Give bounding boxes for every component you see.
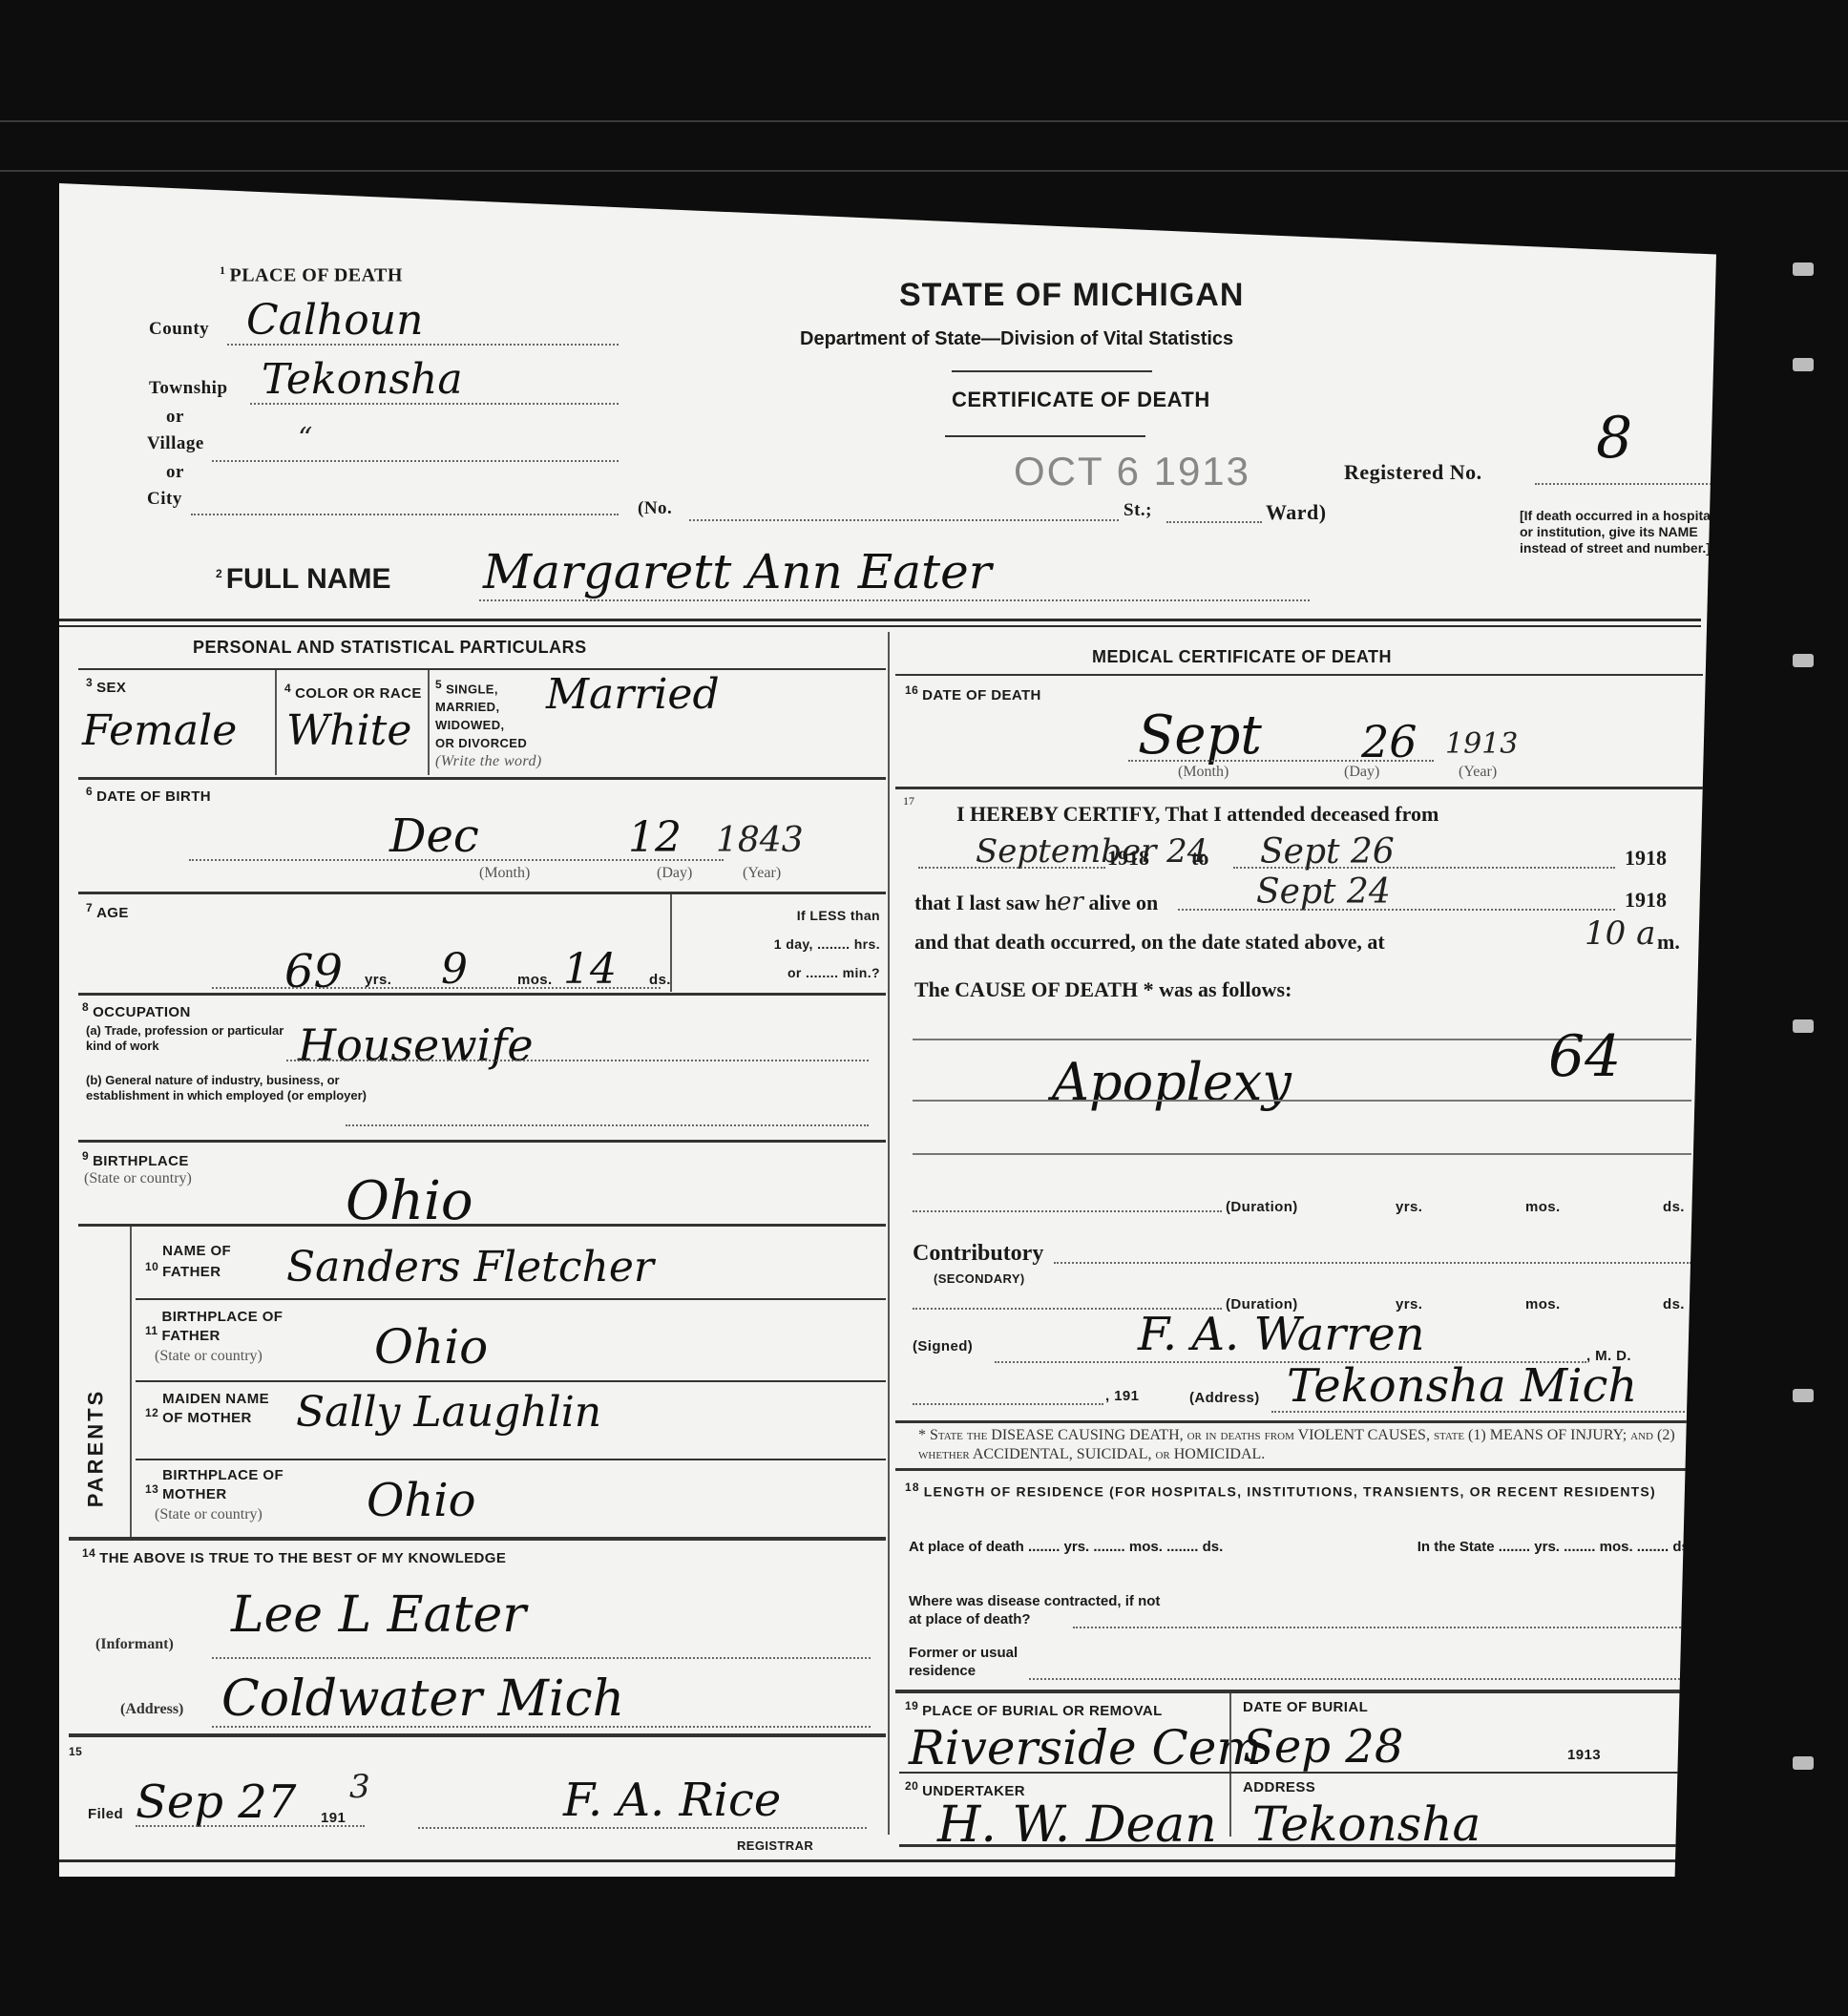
occupation-b-label: (b) General nature of industry, business… bbox=[86, 1073, 391, 1103]
cause-of-death-value: Apoplexy bbox=[1052, 1052, 1291, 1112]
department-subtitle: Department of State—Division of Vital St… bbox=[800, 328, 1233, 350]
dob-label: 6DATE OF BIRTH bbox=[86, 785, 211, 805]
film-sprocket bbox=[1793, 654, 1814, 667]
residence-heading: 18LENGTH OF RESIDENCE (FOR HOSPITALS, IN… bbox=[905, 1478, 1688, 1501]
burial-date-value: Sep 28 bbox=[1243, 1720, 1403, 1774]
village-label: Village bbox=[147, 433, 204, 454]
informant-heading: 14THE ABOVE IS TRUE TO THE BEST OF MY KN… bbox=[82, 1546, 506, 1566]
registered-no-value: 8 bbox=[1596, 405, 1632, 472]
film-sprocket bbox=[1793, 262, 1814, 276]
dob-day: 12 bbox=[628, 813, 682, 862]
filed-year-suffix: 3 bbox=[349, 1768, 370, 1806]
burial-place-value: Riverside Cem bbox=[909, 1720, 1262, 1775]
physician-signature: F. A. Warren bbox=[1138, 1308, 1425, 1361]
dod-year: 1913 bbox=[1445, 727, 1518, 761]
filed-label: Filed bbox=[88, 1806, 123, 1822]
mother-birthplace-label: 13BIRTHPLACE OF MOTHER bbox=[145, 1466, 286, 1504]
ward-label: Ward) bbox=[1266, 500, 1327, 525]
state-title: STATE OF MICHIGAN bbox=[899, 277, 1244, 314]
registrar-signature: F. A. Rice bbox=[563, 1774, 781, 1827]
burial-date-label: DATE OF BURIAL bbox=[1243, 1699, 1368, 1715]
certify-statement: I HEREBY CERTIFY, That I attended deceas… bbox=[956, 802, 1438, 827]
informant-address-value: Coldwater Mich bbox=[221, 1670, 624, 1728]
dob-year: 1843 bbox=[716, 821, 804, 860]
full-name-label: 2FULL NAME bbox=[216, 563, 390, 596]
film-scratch bbox=[0, 170, 1848, 172]
informant-value: Lee L Eater bbox=[231, 1586, 526, 1644]
disease-contracted-label: Where was disease contracted, if not at … bbox=[909, 1592, 1176, 1628]
film-scratch bbox=[0, 120, 1848, 122]
death-certificate: 1PLACE OF DEATH County Calhoun Township … bbox=[59, 183, 1716, 1877]
medical-section-title: MEDICAL CERTIFICATE OF DEATH bbox=[1092, 647, 1392, 667]
attended-from-date: September 24 bbox=[976, 832, 1207, 871]
certificate-title: CERTIFICATE OF DEATH bbox=[952, 388, 1210, 412]
marital-status-label: 5SINGLE, MARRIED, WIDOWED, OR DIVORCED (… bbox=[435, 676, 542, 770]
father-birthplace-label: 11BIRTHPLACE OF FATHER bbox=[145, 1308, 286, 1346]
hospital-note: [If death occurred in a hospital or inst… bbox=[1520, 508, 1730, 556]
burial-year: 1913 bbox=[1567, 1747, 1601, 1763]
sex-value: Female bbox=[82, 706, 237, 755]
cause-footnote: * State the DISEASE CAUSING DEATH, or in… bbox=[918, 1426, 1682, 1464]
signed-label: (Signed) bbox=[913, 1338, 973, 1354]
less-than-day-note: If LESS than 1 day, ........ hrs. or ...… bbox=[689, 901, 880, 987]
mother-name-value: Sally Laughlin bbox=[296, 1388, 601, 1437]
occupation-value: Housewife bbox=[298, 1019, 534, 1071]
dod-label: 16DATE OF DEATH bbox=[905, 683, 1041, 703]
occupation-a-label: (a) Trade, profession or particular kind… bbox=[86, 1023, 305, 1054]
received-date-stamp: OCT 6 1913 bbox=[1014, 449, 1250, 494]
cause-annotation: 64 bbox=[1548, 1023, 1621, 1090]
or-label: or bbox=[166, 462, 184, 483]
county-label: County bbox=[149, 319, 209, 340]
street-no-label: (No. bbox=[638, 498, 672, 519]
burial-place-label: 19PLACE OF BURIAL OR REMOVAL bbox=[905, 1699, 1163, 1719]
full-name-value: Margarett Ann Eater bbox=[483, 544, 992, 599]
film-sprocket bbox=[1793, 1389, 1814, 1402]
attended-to-date: Sept 26 bbox=[1260, 832, 1395, 871]
column-divider bbox=[888, 632, 890, 1835]
registrar-label: REGISTRAR bbox=[737, 1838, 813, 1853]
personal-section-title: PERSONAL AND STATISTICAL PARTICULARS bbox=[193, 638, 587, 658]
township-value: Tekonsha bbox=[262, 355, 463, 404]
death-time-statement: and that death occurred, on the date sta… bbox=[914, 930, 1385, 955]
undertaker-address-label: ADDRESS bbox=[1243, 1779, 1315, 1795]
county-value: Calhoun bbox=[246, 296, 423, 345]
dob-month: Dec bbox=[389, 809, 479, 863]
or-label: or bbox=[166, 407, 184, 428]
sex-label: 3SEX bbox=[86, 676, 126, 696]
race-label: 4COLOR OR RACE bbox=[284, 682, 422, 702]
place-of-death-heading: 1PLACE OF DEATH bbox=[220, 263, 403, 287]
father-birthplace-value: Ohio bbox=[374, 1319, 488, 1375]
marital-status-value: Married bbox=[546, 670, 720, 719]
st-label: St.; bbox=[1123, 500, 1152, 521]
film-sprocket bbox=[1793, 358, 1814, 371]
film-sprocket bbox=[1793, 1756, 1814, 1770]
parents-side-label: PARENTS bbox=[83, 1389, 108, 1508]
death-time-value: 10 a bbox=[1585, 914, 1655, 953]
registered-no-label: Registered No. bbox=[1344, 460, 1482, 485]
film-sprocket bbox=[1793, 1019, 1814, 1033]
mother-name-label: 12MAIDEN NAME OF MOTHER bbox=[145, 1390, 286, 1428]
cause-of-death-label: The CAUSE OF DEATH * was as follows: bbox=[914, 977, 1291, 1002]
village-value: “ bbox=[298, 422, 312, 455]
mother-birthplace-value: Ohio bbox=[367, 1474, 476, 1527]
dod-month: Sept bbox=[1138, 704, 1262, 766]
city-label: City bbox=[147, 489, 182, 510]
race-value: White bbox=[286, 706, 411, 755]
filed-date: Sep 27 bbox=[136, 1775, 296, 1829]
last-saw-statement: that I last saw her alive on bbox=[914, 888, 1158, 916]
father-name-value: Sanders Fletcher bbox=[286, 1243, 654, 1291]
former-residence-label: Former or usual residence bbox=[909, 1644, 1071, 1680]
age-label: 7AGE bbox=[86, 901, 129, 921]
age-years: 69 bbox=[284, 945, 343, 998]
birthplace-label: 9BIRTHPLACE bbox=[82, 1149, 189, 1169]
father-name-label: 10NAME OF FATHER bbox=[145, 1241, 267, 1283]
contributory-label: Contributory bbox=[913, 1241, 1043, 1267]
township-label: Township bbox=[149, 378, 228, 399]
last-saw-date: Sept 24 bbox=[1256, 872, 1391, 912]
physician-address: Tekonsha Mich bbox=[1287, 1359, 1637, 1413]
occupation-label: 8OCCUPATION bbox=[82, 1000, 191, 1020]
residence-in-state: In the State ........ yrs. ........ mos.… bbox=[1178, 1539, 1693, 1555]
